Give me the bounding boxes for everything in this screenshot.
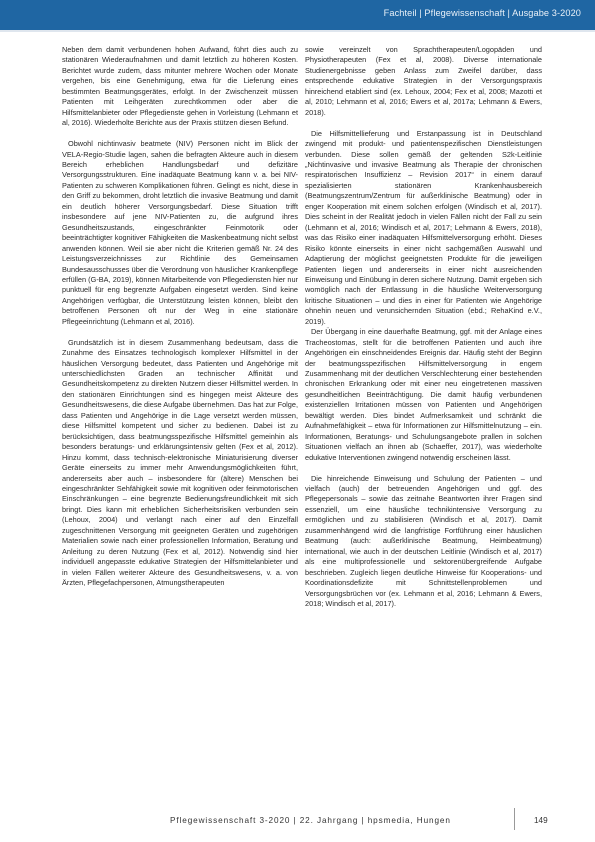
running-head: Fachteil | Pflegewissenschaft | Ausgabe … — [384, 8, 581, 18]
paragraph: Die Hilfsmittellieferung und Erstanpassu… — [305, 129, 542, 328]
paragraph: Grundsätzlich ist in diesem Zusammenhang… — [62, 338, 298, 589]
page-number: 149 — [534, 816, 548, 825]
paragraph: sowie vereinzelt von Sprachtherapeuten/L… — [305, 45, 542, 118]
paragraph: Die hinreichende Einweisung und Schulung… — [305, 474, 542, 610]
paragraph: Neben dem damit verbundenen hohen Aufwan… — [62, 45, 298, 129]
header-bar: Fachteil | Pflegewissenschaft | Ausgabe … — [0, 0, 595, 30]
paragraph: Der Übergang in eine dauerhafte Beatmung… — [305, 327, 542, 463]
page-footer: Pflegewissenschaft 3-2020 | 22. Jahrgang… — [0, 808, 595, 838]
paragraph: Obwohl nichtinvasiv beatmete (NIV) Perso… — [62, 139, 298, 327]
journal-info: Pflegewissenschaft 3-2020 | 22. Jahrgang… — [170, 816, 451, 825]
left-column: Neben dem damit verbundenen hohen Aufwan… — [62, 45, 298, 589]
header-divider — [0, 30, 595, 32]
footer-divider — [514, 808, 515, 830]
right-column: sowie vereinzelt von Sprachtherapeuten/L… — [305, 45, 542, 609]
